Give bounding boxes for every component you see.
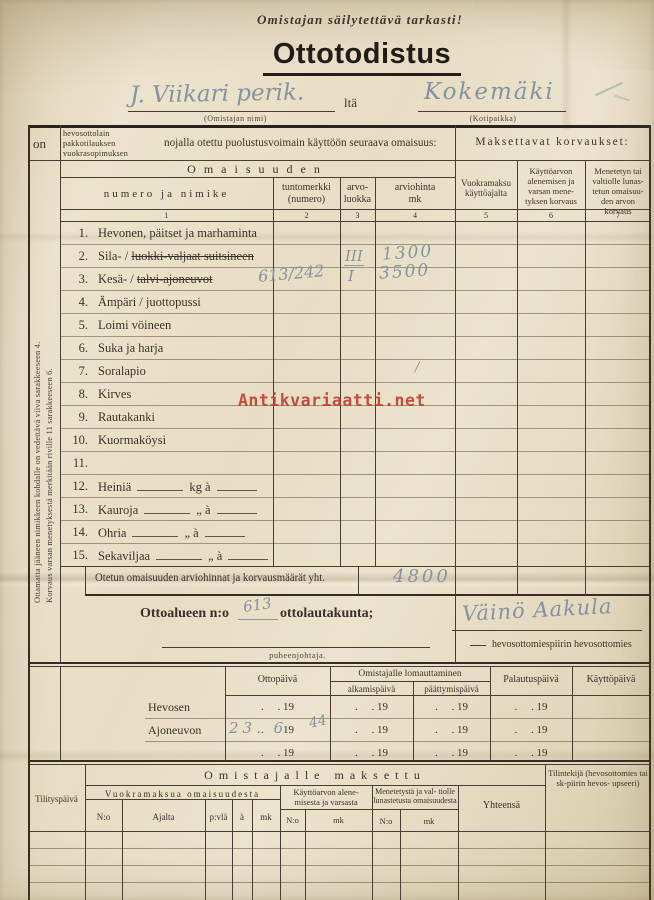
col-header-mark-l1: tuntomerkki <box>273 182 340 194</box>
table-row: 7.Soralapio <box>60 360 651 383</box>
item-number: 13. <box>60 502 88 517</box>
area-number-underline <box>238 619 278 620</box>
col-header-end: päättymispäivä <box>413 684 490 694</box>
sub-col-decline-no: N:o <box>280 815 305 825</box>
sub-col-lost-no: N:o <box>372 816 400 826</box>
item-name: Heiniäkg à <box>98 479 263 495</box>
col-header-start: alkamispäivä <box>330 684 413 694</box>
date-cell: . . 19 <box>413 747 490 759</box>
item-number: 4. <box>60 295 88 310</box>
item-name: Kuormaköysi <box>98 433 166 448</box>
item-number: 9. <box>60 410 88 425</box>
sub-col-rent-at: à <box>232 812 252 822</box>
date-cell: . . 19 <box>225 747 330 759</box>
item-number: 2. <box>60 249 88 264</box>
date-cell: . . 19 <box>330 724 413 736</box>
date-cell: . . 19 <box>490 701 572 713</box>
col-header-decline: Käyttöarvon alenemisen ja varsan mene- t… <box>519 166 583 206</box>
sub-col-rent-mk: mk <box>252 812 280 822</box>
date-cell: . . 19 <box>225 701 330 713</box>
property-group-header: Omaisuuden <box>60 162 455 177</box>
blank-line <box>217 502 257 514</box>
home-place-handwriting: Kokemäki <box>424 79 555 105</box>
lta-suffix: ltä <box>344 95 357 111</box>
group-header-decline-paid: Käyttöarvon alene- misesta ja varsasta <box>280 788 372 807</box>
date-cell: . . 19 <box>330 701 413 713</box>
option-law: hevosottolain <box>63 129 128 139</box>
page-title: Ottotodistus <box>227 38 497 76</box>
col-header-price-l1: arviohinta <box>375 182 455 194</box>
col-header-price: arviohinta mk <box>375 182 455 206</box>
rule <box>225 695 651 696</box>
rule <box>60 177 455 178</box>
committee-line-post: ottolautakunta; <box>280 606 373 622</box>
item-number: 6. <box>60 341 88 356</box>
preamble-on: on <box>33 136 46 152</box>
item-number: 14. <box>60 525 88 540</box>
item-number: 7. <box>60 364 88 379</box>
col-header-mark-l2: (numero) <box>273 194 340 206</box>
col-header-mark: tuntomerkki (numero) <box>273 182 340 206</box>
col-number-2: 2 <box>273 211 340 220</box>
col-header-return: Palautuspäivä <box>490 674 572 685</box>
sub-col-rent-days: p:vlä <box>205 812 232 822</box>
item-number: 8. <box>60 387 88 402</box>
item-name: Sila- / luokki-valjaat suitsineen <box>98 249 254 264</box>
table-row: 10.Kuormaköysi <box>60 429 651 452</box>
chairman-signature-line <box>162 647 430 648</box>
blank-line <box>205 525 245 537</box>
rule <box>85 799 280 800</box>
table-row: 13.Kauroja„ à <box>60 498 651 521</box>
option-forced-order: pakkotilauksen <box>63 139 128 149</box>
pencil-mark <box>595 82 623 96</box>
rule <box>280 809 458 810</box>
rule <box>85 785 545 786</box>
blank-line <box>228 548 268 560</box>
col-number-6: 6 <box>517 211 585 220</box>
rule <box>358 566 359 595</box>
rule <box>85 764 86 900</box>
table-row: 6.Suka ja harja <box>60 337 651 360</box>
hw-row7-slash: / <box>415 360 419 375</box>
item-name: Kesä- / talvi-ajoneuvot <box>98 272 213 287</box>
item-name: Sekaviljaa„ à <box>98 548 274 564</box>
col-number-1: 1 <box>60 211 273 220</box>
col-header-class-l1: arvo- <box>340 182 375 194</box>
col-header-use: Käyttöpäivä <box>572 674 650 685</box>
table-row: 12.Heiniäkg à <box>60 475 651 498</box>
owner-name-label: (Omistajan nimi) <box>158 114 313 123</box>
item-name: Ämpäri / juottopussi <box>98 295 201 310</box>
group-header-lost-paid: Menetetystä ja val- tiolle lunastetusta … <box>372 787 458 805</box>
home-place-label: (Kotipaikka) <box>428 114 558 123</box>
item-name: Kirves <box>98 387 131 402</box>
group-header-rent-paid: Vuokramaksua omaisuudesta <box>85 789 280 799</box>
date-cell: . . 19 <box>490 747 572 759</box>
unit-label: „ à <box>196 503 210 517</box>
item-number: 1. <box>60 226 88 241</box>
col-header-otto: Ottopäivä <box>225 674 330 685</box>
paid-table-title: Omistajalle maksettu <box>85 768 545 783</box>
col-header-total: Yhteensä <box>458 800 545 811</box>
col-header-settlement: Tilityspäivä <box>28 794 85 804</box>
total-label: Otetun omaisuuden arviohinnat ja korvaus… <box>95 572 325 584</box>
payable-compensations-header: Maksettavat korvaukset: <box>456 136 649 148</box>
date-cell: . . 19 <box>330 747 413 759</box>
blank-line <box>217 479 257 491</box>
document-page: Omistajan säilytettävä tarkasti! Ottotod… <box>0 0 654 900</box>
sub-col-decline-mk: mk <box>305 815 372 825</box>
col-number-3: 3 <box>340 211 375 220</box>
item-number: 3. <box>60 272 88 287</box>
col-header-name: numero ja nimike <box>60 188 273 200</box>
hw-total: 4800 <box>393 566 451 587</box>
unit-label: „ à <box>184 526 198 540</box>
side-note-1: Ottamatta jääneen nimikkeen kohdalle on … <box>33 342 42 603</box>
signature-underline <box>452 630 642 631</box>
hw-row3-price: 3500 <box>378 260 431 284</box>
rule <box>28 764 651 765</box>
pencil-mark <box>614 95 630 102</box>
option-lease: vuokrasopimuksen <box>63 149 128 159</box>
item-name: Ohria„ à <box>98 525 251 541</box>
table-row: 14.Ohria„ à <box>60 521 651 544</box>
rule <box>28 160 651 161</box>
table-row: 1.Hevonen, päitset ja marhaminta <box>60 222 651 245</box>
table-row: 15.Sekaviljaa„ à <box>60 544 651 567</box>
col-header-accountant: Tilintekijä (hevosottomies tai sk-piirin… <box>546 768 650 788</box>
item-name: Hevonen, päitset ja marhaminta <box>98 226 257 241</box>
rule <box>418 111 566 112</box>
rule <box>60 209 651 210</box>
rule <box>330 681 490 682</box>
hw-row3-class: I <box>348 267 354 285</box>
unit-label: „ à <box>208 549 222 563</box>
rule <box>128 111 335 112</box>
col-header-class-l2: luokka <box>340 194 375 206</box>
struck-text: luokki-valjaat suitsineen <box>131 249 254 263</box>
sub-col-lost-mk: mk <box>400 816 458 826</box>
rule <box>28 125 651 128</box>
owner-name-handwriting: J. Viikari perik. <box>130 79 305 108</box>
rule <box>28 662 651 664</box>
date-cell: . . 19 <box>490 724 572 736</box>
col-number-4: 4 <box>375 211 455 220</box>
item-name: Loimi vöineen <box>98 318 171 333</box>
col-header-price-l2: mk <box>375 194 455 206</box>
item-number: 12. <box>60 479 88 494</box>
signer-dash <box>470 645 486 646</box>
item-name: Kauroja„ à <box>98 502 263 518</box>
table-row: 3.Kesä- / talvi-ajoneuvot <box>60 268 651 291</box>
date-row-label: Ajoneuvon <box>148 723 223 738</box>
rule <box>28 666 651 667</box>
item-name: Rautakanki <box>98 410 155 425</box>
hw-row2-class: III <box>344 247 364 266</box>
item-number: 11. <box>60 456 88 471</box>
keep-notice: Omistajan säilytettävä tarkasti! <box>170 12 550 28</box>
date-cell: . . 19 <box>413 724 490 736</box>
col-number-5: 5 <box>455 211 517 220</box>
blank-line <box>156 548 202 560</box>
col-header-lost: Menetetyn tai valtiolle lunas- tetun oma… <box>587 166 649 216</box>
rule <box>85 566 86 595</box>
table-row: 5.Loimi vöineen <box>60 314 651 337</box>
item-number: 15. <box>60 548 88 563</box>
rule <box>145 718 651 719</box>
preamble-options: hevosottolain pakkotilauksen vuokrasopim… <box>63 129 128 159</box>
date-cell: . . 19 <box>413 701 490 713</box>
group-header-furlough: Omistajalle lomauttaminen <box>330 669 490 679</box>
table-row: 4.Ämpäri / juottopussi <box>60 291 651 314</box>
title-text: Ottotodistus <box>263 38 461 76</box>
date-row-label: Hevosen <box>148 700 223 715</box>
item-name: Soralapio <box>98 364 146 379</box>
rule <box>28 760 651 762</box>
hw-signature: Väinö Aakula <box>461 594 613 626</box>
fold-crease <box>474 0 654 70</box>
table-row: 11. <box>60 452 651 475</box>
col-header-rent: Vuokramaksu käyttöajalta <box>457 178 515 198</box>
blank-line <box>144 502 190 514</box>
side-note-2: Korvaus varsan menetyksestä merkitään ri… <box>45 368 54 603</box>
col-header-class: arvo- luokka <box>340 182 375 206</box>
rule <box>28 125 30 900</box>
hw-date-daymonth: 23. 6 <box>229 719 287 737</box>
blank-line <box>132 525 178 537</box>
rule <box>145 741 651 742</box>
item-number: 10. <box>60 433 88 448</box>
watermark: Antikvariaatti.net <box>238 391 426 410</box>
rule <box>60 666 61 761</box>
chairman-label: puheenjohtaja. <box>180 650 415 660</box>
sub-col-rent-no: N:o <box>85 812 122 822</box>
signer-title: hevosottomiespiirin hevosottomies <box>492 639 632 650</box>
preamble-clause: nojalla otettu puolustusvoimain käyttöön… <box>164 135 436 150</box>
col-number-7: 7 <box>585 211 651 220</box>
hw-area-number: 613 <box>242 594 273 616</box>
blank-line <box>137 479 183 491</box>
sub-col-rent-period: Ajalta <box>122 812 205 822</box>
item-number: 5. <box>60 318 88 333</box>
committee-line-pre: Ottoalueen n:o <box>140 606 229 622</box>
struck-text: talvi-ajoneuvot <box>137 272 213 286</box>
unit-label: kg à <box>189 480 210 494</box>
item-name: Suka ja harja <box>98 341 163 356</box>
